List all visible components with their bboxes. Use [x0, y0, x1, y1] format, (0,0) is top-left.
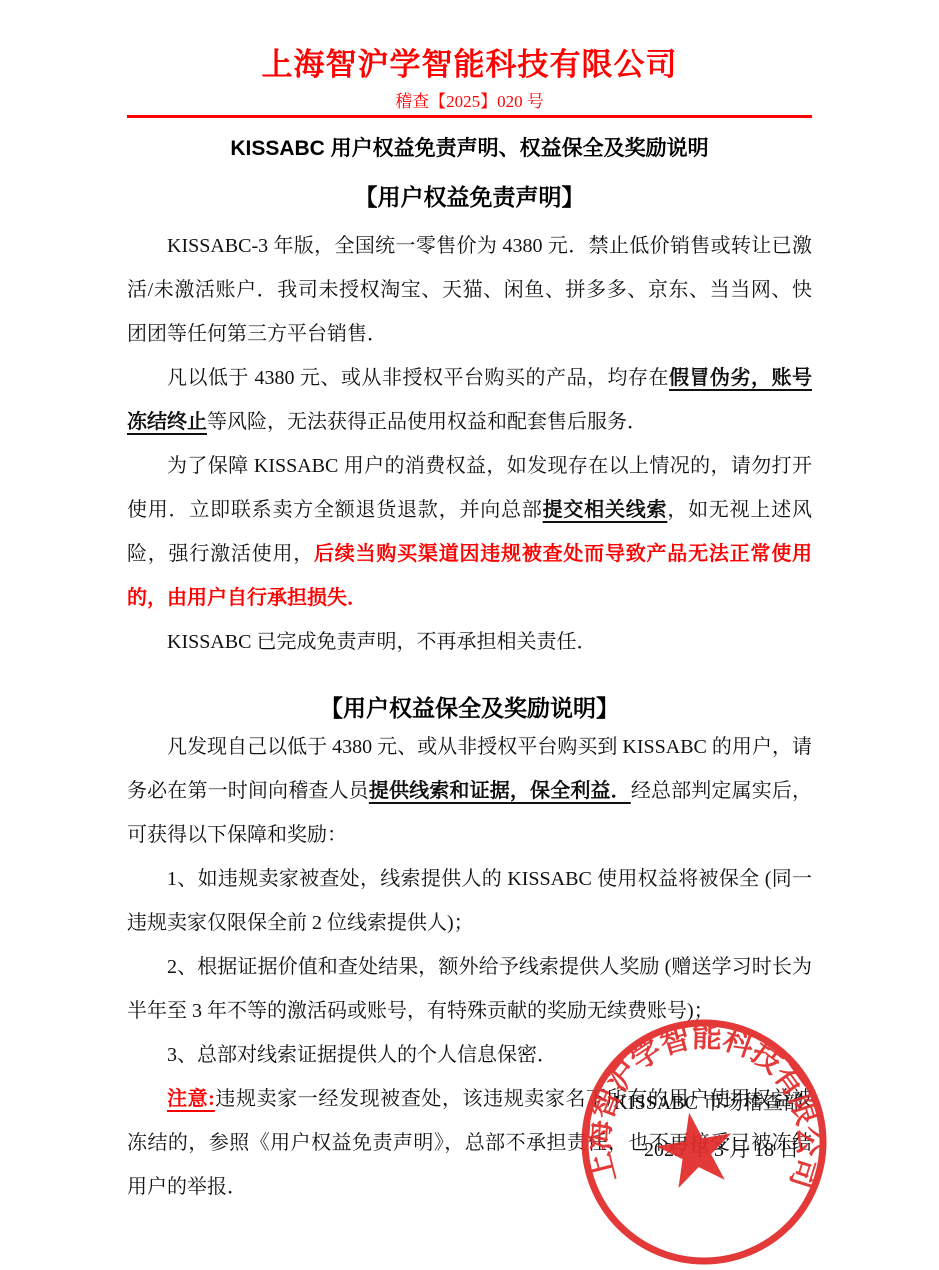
section1-heading: 【用户权益免责声明】	[127, 182, 812, 212]
paragraph-text: 凡以低于 4380 元、或从非授权平台购买的产品，均存在	[167, 367, 669, 389]
doc-number: 稽查【2025】020 号	[127, 91, 812, 112]
star-icon	[652, 1106, 739, 1190]
paragraph-risk: 凡以低于 4380 元、或从非授权平台购买的产品，均存在假冒伪劣，账号冻结终止等…	[127, 356, 812, 444]
paragraph-disclaimer-done: KISSABC 已完成免责声明，不再承担相关责任．	[127, 620, 812, 664]
company-title: 上海智沪学智能科技有限公司	[127, 46, 812, 84]
header-divider	[127, 115, 812, 118]
paragraph-text: KISSABC 已完成免责声明，不再承担相关责任．	[167, 631, 596, 653]
document-title: KISSABC 用户权益免责声明、权益保全及奖励说明	[127, 135, 812, 163]
emphasized-clue-text: 提交相关线索	[543, 499, 668, 521]
list-item-text: 1、如违规卖家被查处，线索提供人的 KISSABC 使用权益将被保全 (同一违规…	[127, 868, 812, 934]
list-item-1: 1、如违规卖家被查处，线索提供人的 KISSABC 使用权益将被保全 (同一违规…	[127, 857, 812, 945]
paragraph-text: 等风险，无法获得正品使用权益和配套售后服务．	[207, 411, 647, 433]
section2-heading: 【用户权益保全及奖励说明】	[127, 693, 812, 723]
paragraph-pricing: KISSABC-3 年版，全国统一零售价为 4380 元．禁止低价销售或转让已激…	[127, 224, 812, 356]
paragraph-protection: 为了保障 KISSABC 用户的消费权益，如发现存在以上情况的，请勿打开使用．立…	[127, 444, 812, 620]
company-seal-stamp: 上海智沪学智能科技有限公司	[578, 1016, 830, 1268]
paragraph-text: KISSABC-3 年版，全国统一零售价为 4380 元．禁止低价销售或转让已激…	[127, 235, 812, 345]
emphasized-evidence-text: 提供线索和证据，保全利益．	[369, 780, 631, 802]
paragraph-report-intro: 凡发现自己以低于 4380 元、或从非授权平台购买到 KISSABC 的用户，请…	[127, 725, 812, 857]
list-item-text: 3、总部对线索证据提供人的个人信息保密．	[167, 1044, 557, 1066]
list-item-text: 2、根据证据价值和查处结果，额外给予线索提供人奖励 (赠送学习时长为半年至 3 …	[127, 956, 812, 1022]
note-label: 注意:	[167, 1088, 215, 1110]
